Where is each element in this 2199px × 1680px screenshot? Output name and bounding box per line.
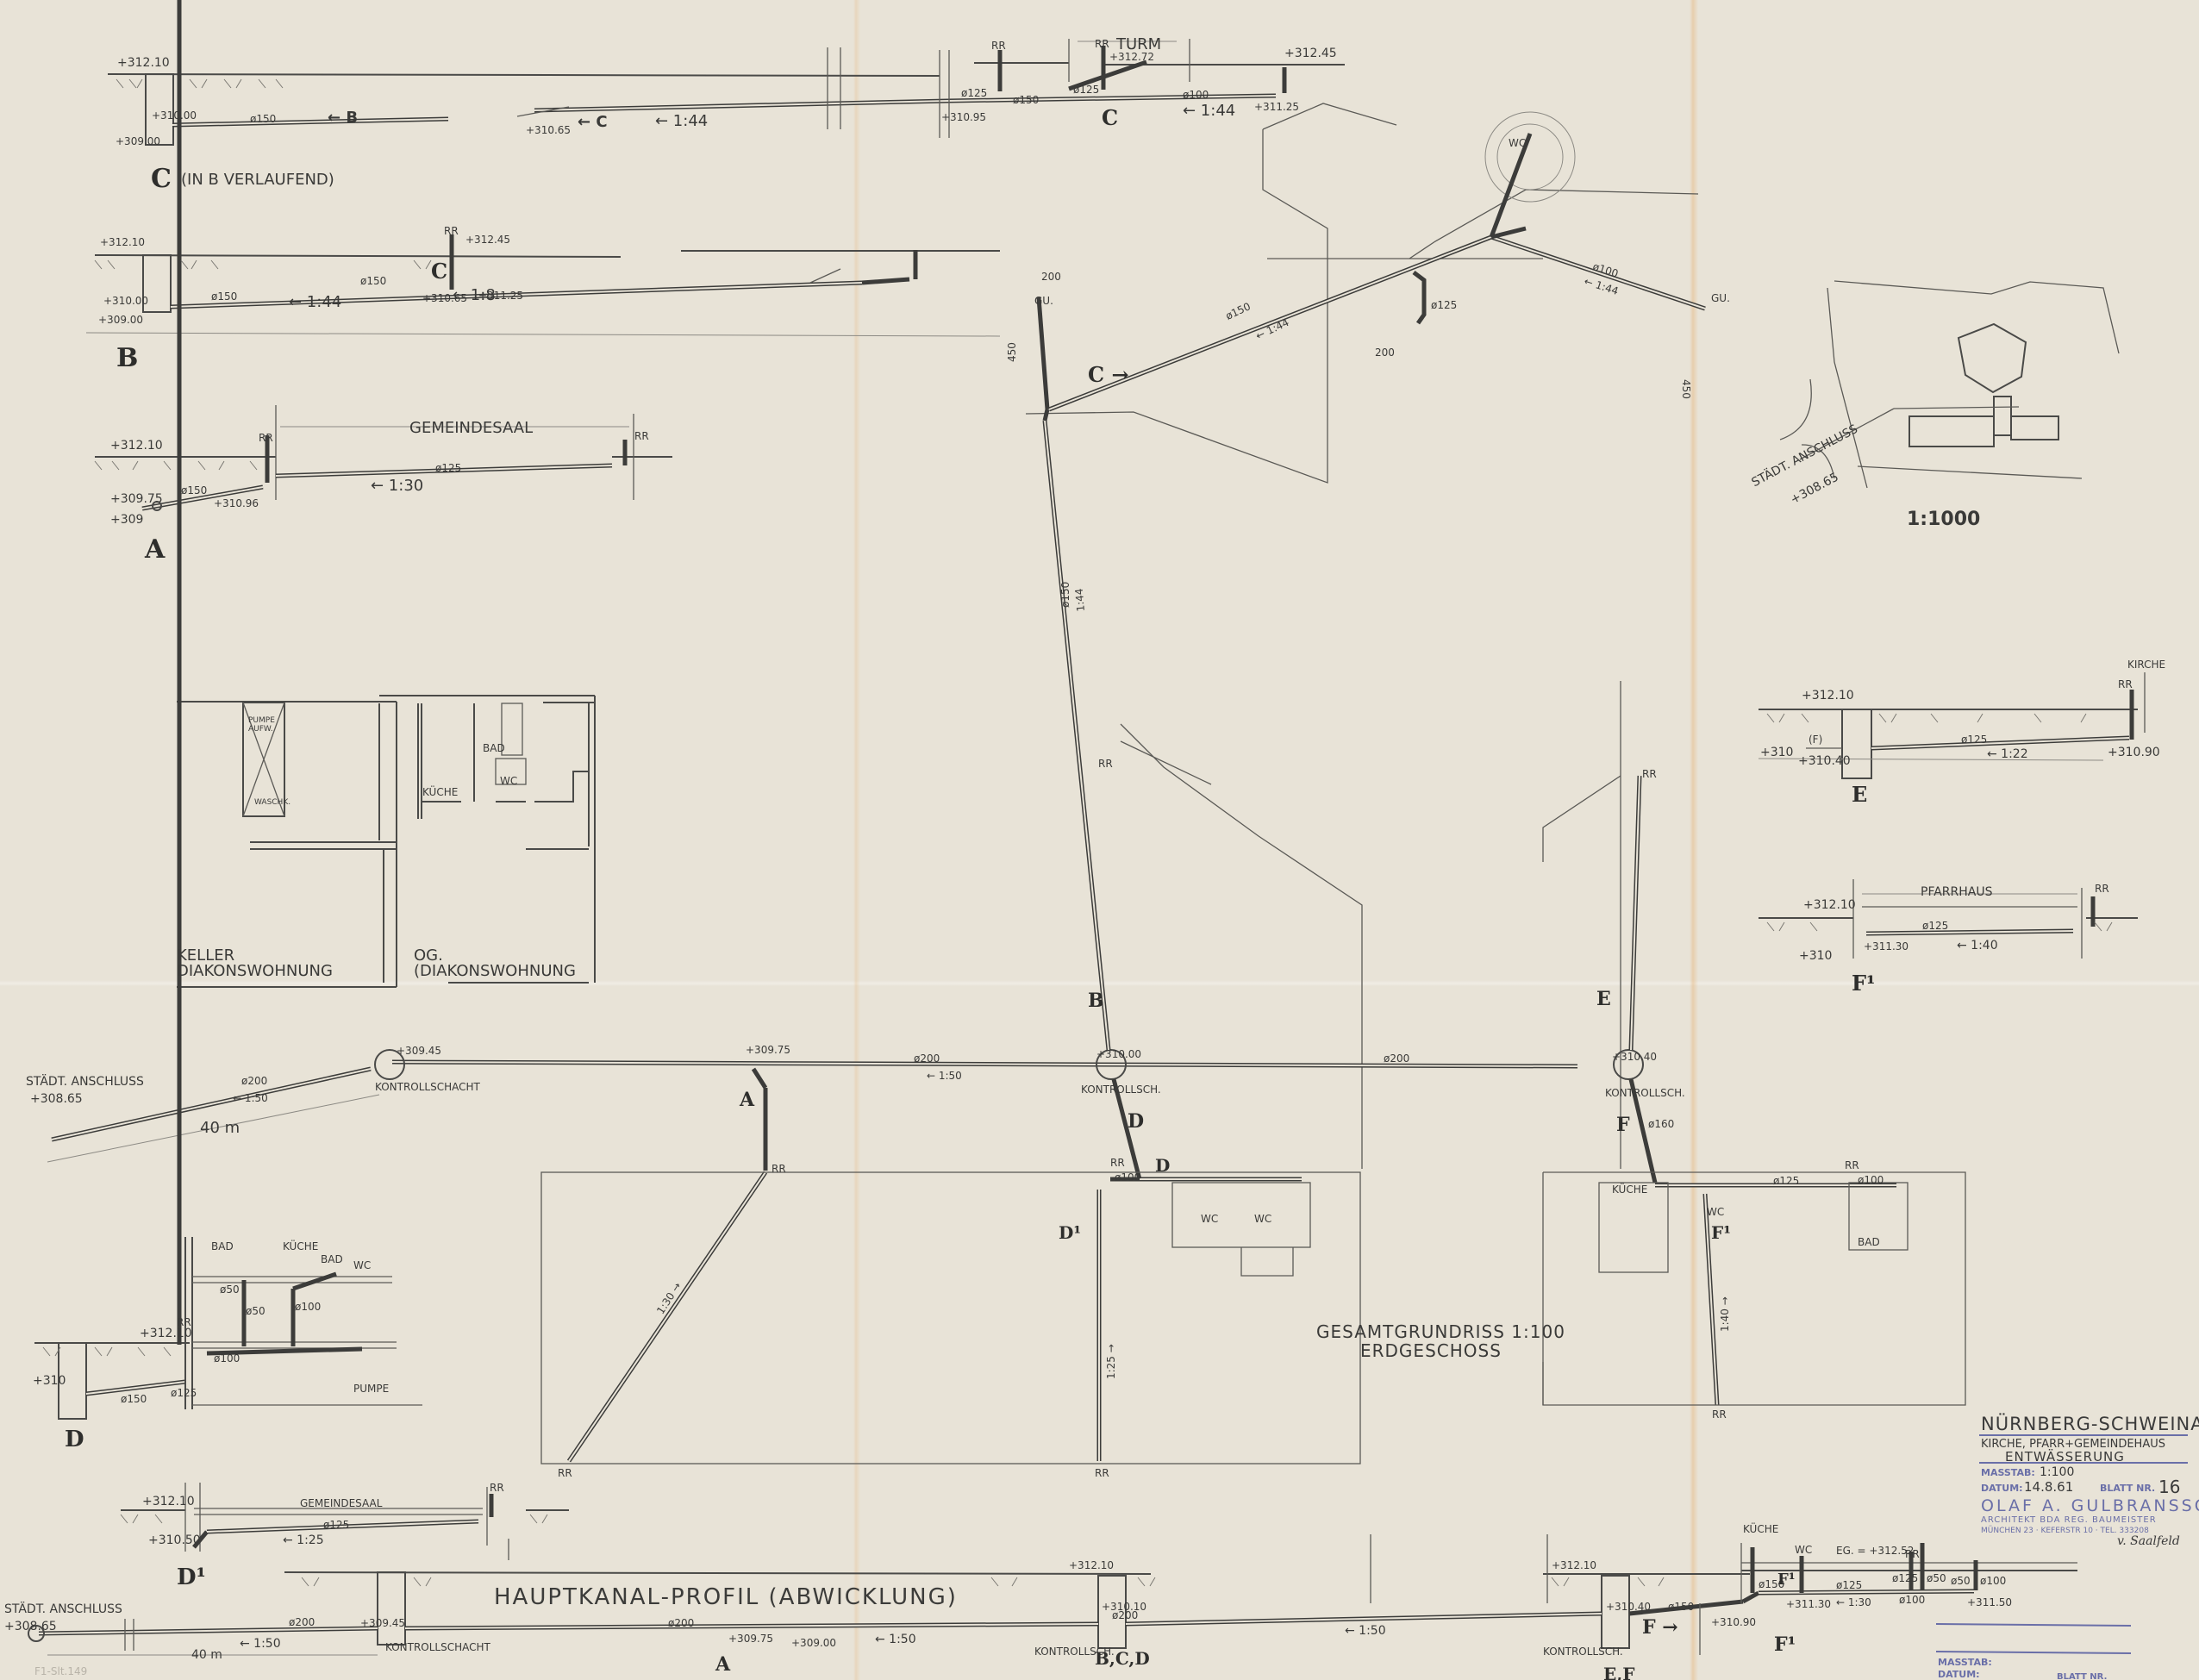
main-profile-end-level: +311.50 bbox=[1967, 1597, 2012, 1608]
section-c-level-31095: +310.95 bbox=[941, 112, 986, 122]
main-profile-wc: WC bbox=[1795, 1545, 1812, 1555]
main-profile-ground-2: +312.10 bbox=[1552, 1560, 1596, 1571]
section-d1-dia: ø125 bbox=[323, 1520, 349, 1530]
title-project: NÜRNBERG-SCHWEINAU bbox=[1981, 1414, 2199, 1434]
blank-scale-label: MASSTAB: bbox=[1938, 1657, 1992, 1668]
section-c-level-31125: +311.25 bbox=[1254, 102, 1299, 112]
section-b-dia-1: ø150 bbox=[211, 291, 237, 302]
section-d-wc: WC bbox=[353, 1260, 371, 1271]
section-c-caption: (IN B VERLAUFEND) bbox=[181, 172, 334, 188]
floor-b-label: B bbox=[1088, 990, 1104, 1012]
section-d-pumpe: PUMPE bbox=[353, 1383, 389, 1394]
floor-shaft3-label: KONTROLLSCH. bbox=[1605, 1088, 1685, 1098]
og-title-2: (DIAKONSWOHNUNG bbox=[414, 964, 576, 979]
section-c-main-dia: ø150 bbox=[1013, 95, 1039, 105]
floor-a-label: A bbox=[740, 1089, 754, 1111]
floor-dia-200-right: ø200 bbox=[1384, 1053, 1409, 1064]
site-plan-lines bbox=[1780, 281, 2119, 488]
section-b-c-inlet: C bbox=[431, 259, 447, 284]
title-scale-label: MASSTAB: bbox=[1981, 1467, 2035, 1478]
main-profile-city-level: +308.65 bbox=[4, 1621, 57, 1633]
main-profile-slope-3: ← 1:50 bbox=[1345, 1625, 1386, 1637]
section-d1-span-label: GEMEINDESAAL bbox=[300, 1498, 382, 1508]
floor-a-level: +309.75 bbox=[746, 1045, 790, 1055]
floor-dia-150-b: ø150 bbox=[1060, 582, 1071, 608]
section-c-inlet-level: +310.00 bbox=[152, 110, 197, 121]
section-d1-rr: RR bbox=[490, 1483, 504, 1493]
title-sheet-label: BLATT NR. bbox=[2100, 1483, 2155, 1494]
main-profile-bcd-label: B,C,D bbox=[1095, 1648, 1150, 1669]
floor-city-connection: STÄDT. ANSCHLUSS bbox=[26, 1076, 144, 1088]
floor-rr-d: RR bbox=[1110, 1158, 1125, 1168]
floor-shaft2-level: +310.00 bbox=[1096, 1049, 1141, 1059]
main-profile-dia-125-b: ø125 bbox=[1892, 1573, 1918, 1583]
section-f1-ground-level: +312.10 bbox=[1803, 899, 1856, 911]
main-profile-level-309: +309.00 bbox=[791, 1638, 836, 1648]
section-c-flow-c: ← C bbox=[578, 115, 608, 130]
main-profile-f1-label: F¹ bbox=[1774, 1633, 1796, 1656]
main-profile-slope-4: ← 1:30 bbox=[1836, 1597, 1871, 1608]
section-c-bottom-level: +309.00 bbox=[116, 136, 160, 147]
floor-bad: BAD bbox=[1858, 1237, 1880, 1247]
section-a-inlet-level: +309.75 bbox=[110, 493, 163, 505]
floor-dia-160: ø160 bbox=[1648, 1119, 1674, 1129]
floor-rr-e: RR bbox=[1642, 769, 1657, 779]
main-profile-shaft3-level: +310.40 bbox=[1606, 1602, 1651, 1612]
title-architect-title: ARCHITEKT BDA REG. BAUMEISTER bbox=[1981, 1515, 2157, 1525]
title-sheet-value: 16 bbox=[2158, 1477, 2180, 1497]
main-profile-slope-1: ← 1:50 bbox=[240, 1638, 281, 1650]
pump-label-2: AUFW. bbox=[248, 726, 273, 734]
title-block: NÜRNBERG-SCHWEINAU KIRCHE, PFARR+GEMEIND… bbox=[1979, 1414, 2199, 1560]
floor-shaft2-label: KONTROLLSCH. bbox=[1081, 1084, 1161, 1095]
floor-rr-b: RR bbox=[1098, 759, 1113, 769]
floor-city-level: +308.65 bbox=[30, 1093, 83, 1105]
title-subject: ENTWÄSSERUNG bbox=[2005, 1449, 2125, 1465]
floor-wc-2: WC bbox=[1254, 1214, 1271, 1224]
main-profile-a-label: A bbox=[715, 1653, 730, 1676]
main-profile-dia-125: ø125 bbox=[1836, 1580, 1862, 1590]
floor-shaft3-level: +310.40 bbox=[1612, 1052, 1657, 1062]
section-c-ground-right: +312.45 bbox=[1284, 47, 1337, 59]
main-profile-dia-150: ø150 bbox=[1668, 1602, 1694, 1612]
main-profile-city-connection: STÄDT. ANSCHLUSS bbox=[4, 1603, 122, 1615]
main-profile-eg-level: EG. = +312.52 bbox=[1836, 1546, 1914, 1556]
main-profile-distance: 40 m bbox=[191, 1649, 222, 1661]
ground-hatching bbox=[43, 79, 2112, 1586]
section-b-label: B bbox=[116, 343, 138, 373]
section-c-rr: RR bbox=[991, 41, 1006, 51]
section-c-tower-level: +312.72 bbox=[1109, 52, 1154, 62]
main-profile-level-31090: +310.90 bbox=[1711, 1617, 1756, 1627]
section-a-slope: ← 1:30 bbox=[371, 478, 423, 494]
section-d-dia-50-b: ø50 bbox=[246, 1306, 266, 1316]
main-profile-lines bbox=[28, 1534, 2077, 1655]
floor-rr-a-bottom: RR bbox=[558, 1468, 572, 1478]
section-f1-start-level: +311.30 bbox=[1864, 941, 1909, 952]
section-d-dia-50-a: ø50 bbox=[220, 1284, 240, 1295]
floor-slope-b: 1:44 bbox=[1074, 588, 1086, 612]
title-date-value: 14.8.61 bbox=[2024, 1479, 2073, 1495]
main-profile-dia-50-b: ø50 bbox=[1951, 1576, 1971, 1586]
drawing-linework bbox=[0, 0, 2199, 1680]
section-a-rr-left: RR bbox=[259, 433, 273, 443]
floor-dim-450-left: 450 bbox=[1007, 342, 1017, 362]
main-profile-shaft3-label: KONTROLLSCH. bbox=[1543, 1646, 1623, 1657]
section-e-level-310: +310 bbox=[1760, 746, 1793, 759]
floor-slope-mid: ← 1:50 bbox=[927, 1071, 962, 1081]
pump-label-1: PUMPE bbox=[248, 717, 275, 725]
section-c-tower-rr: RR bbox=[1095, 39, 1109, 49]
section-d-bad-1: BAD bbox=[211, 1241, 234, 1252]
basement-plan-lines bbox=[177, 696, 595, 987]
floor-plan-title: GESAMTGRUNDRISS 1:100 bbox=[1316, 1323, 1565, 1340]
floor-dia-200-mid: ø200 bbox=[914, 1053, 940, 1064]
section-e-level-31040: +310.40 bbox=[1798, 755, 1851, 767]
section-d-inlet-level: +310 bbox=[33, 1375, 66, 1387]
section-c-slope-2: ← 1:44 bbox=[1183, 103, 1235, 119]
main-profile-dia-200-2: ø200 bbox=[668, 1618, 694, 1628]
title-architect: OLAF A. GULBRANSSON bbox=[1981, 1496, 2199, 1515]
floor-f1-label: F¹ bbox=[1711, 1222, 1731, 1243]
section-d-bad-2: BAD bbox=[321, 1254, 343, 1265]
blank-date-label: DATUM: bbox=[1938, 1669, 1980, 1680]
section-b-ground-right: +312.45 bbox=[465, 234, 510, 245]
section-c-junction-level: +310.65 bbox=[526, 125, 571, 135]
section-a-dia-150: ø150 bbox=[181, 485, 207, 496]
floor-f-label: F bbox=[1616, 1114, 1630, 1136]
waschk-label: WASCHK. bbox=[254, 799, 290, 807]
section-e-dia: ø125 bbox=[1961, 734, 1987, 745]
main-profile-ef-label: E,F bbox=[1603, 1664, 1634, 1680]
section-b-bottom-level: +309.00 bbox=[98, 315, 143, 325]
floor-dim-200-right: 200 bbox=[1375, 347, 1395, 358]
section-e-kirche: KIRCHE bbox=[2127, 659, 2165, 670]
main-profile-dia-200-1: ø200 bbox=[289, 1617, 315, 1627]
floor-distance: 40 m bbox=[200, 1121, 240, 1136]
og-wc-label: WC bbox=[500, 776, 517, 786]
section-c-lines bbox=[108, 39, 1345, 145]
section-c-branch-dia-1: ø125 bbox=[961, 88, 987, 98]
section-a-level-31096: +310.96 bbox=[214, 498, 259, 509]
section-e-ground-level: +312.10 bbox=[1802, 690, 1854, 702]
drawing-sheet: +312.10 +310.00 +309.00 ø150 ← B C (IN B… bbox=[0, 0, 2199, 1680]
section-f1-rr: RR bbox=[2095, 884, 2109, 894]
section-e-rr: RR bbox=[2118, 679, 2133, 690]
main-profile-dia-50: ø50 bbox=[1927, 1573, 1946, 1583]
floor-d-label-2: D bbox=[1155, 1155, 1170, 1176]
floor-dim-200-left: 200 bbox=[1041, 272, 1061, 282]
section-c-ground-level: +312.10 bbox=[117, 57, 170, 69]
section-c-flow-b: ← B bbox=[328, 110, 358, 126]
floor-d1-label: D¹ bbox=[1059, 1222, 1081, 1243]
section-b-slope: ← 1:44 bbox=[289, 295, 341, 310]
section-c-section-letter: C bbox=[1102, 105, 1118, 130]
floor-dia-125-rr: ø125 bbox=[1431, 300, 1457, 310]
main-profile-dia-200-3: ø200 bbox=[1112, 1610, 1138, 1621]
section-b-dia-2: ø150 bbox=[360, 276, 386, 286]
floor-c-label: C → bbox=[1088, 362, 1129, 387]
section-c-slope: ← 1:44 bbox=[655, 114, 708, 129]
section-a-rr-right: RR bbox=[634, 431, 649, 441]
section-a-bottom-level: +309 bbox=[110, 514, 143, 526]
section-f1-span-label: PFARRHAUS bbox=[1921, 886, 1992, 898]
section-a-span-label: GEMEINDESAAL bbox=[409, 421, 533, 436]
section-b-inlet-level: +310.00 bbox=[103, 296, 148, 306]
archive-mark: F1-Slt.149 bbox=[34, 1666, 87, 1677]
section-c-dia-100: ø100 bbox=[1183, 90, 1209, 100]
floor-gu-left: GU. bbox=[1034, 296, 1053, 306]
section-d-dia-150: ø150 bbox=[121, 1394, 147, 1404]
section-f1-dia: ø125 bbox=[1922, 921, 1948, 931]
section-f1-label: F¹ bbox=[1852, 971, 1876, 996]
floor-slope-f1: 1:40 → bbox=[1720, 1296, 1730, 1332]
floor-plan-subtitle: ERDGESCHOSS bbox=[1360, 1342, 1502, 1359]
floor-shaft1-label: KONTROLLSCHACHT bbox=[375, 1082, 480, 1092]
floor-wc-f: WC bbox=[1707, 1207, 1724, 1217]
og-bad-label: BAD bbox=[483, 743, 505, 753]
floor-gu-right: GU. bbox=[1711, 293, 1730, 303]
title-signature: v. Saalfeld bbox=[2117, 1534, 2180, 1548]
section-d-dia-100: ø100 bbox=[295, 1302, 321, 1312]
main-profile-a-level: +309.75 bbox=[728, 1633, 773, 1644]
title-scale-value: 1:100 bbox=[2040, 1465, 2074, 1479]
floor-d-label: D bbox=[1128, 1110, 1144, 1133]
main-profile-f1-inlet: F¹ bbox=[1777, 1571, 1796, 1589]
title-block-blank: MASSTAB: DATUM: BLATT NR. bbox=[1936, 1655, 2134, 1680]
section-c-branch-dia-2: ø125 bbox=[1073, 84, 1099, 95]
floor-rr-a: RR bbox=[772, 1164, 786, 1174]
section-c-label: C bbox=[151, 164, 172, 194]
floor-wc-1: WC bbox=[1201, 1214, 1218, 1224]
main-profile-shaft1-level: +309.45 bbox=[360, 1618, 405, 1628]
section-d-kuche: KÜCHE bbox=[283, 1241, 318, 1252]
section-b-end-level: +311.25 bbox=[478, 290, 523, 301]
section-b-rr: RR bbox=[444, 226, 459, 236]
floor-wc-tower: WC bbox=[1509, 138, 1526, 148]
section-b-ground-level: +312.10 bbox=[100, 237, 145, 247]
section-f1-slope: ← 1:40 bbox=[1957, 940, 1998, 952]
section-d-dia-125: ø125 bbox=[171, 1388, 197, 1398]
section-d-ground-level: +312.10 bbox=[140, 1327, 192, 1340]
floor-rr-d1-bottom: RR bbox=[1095, 1468, 1109, 1478]
main-profile-f-label: F → bbox=[1642, 1616, 1678, 1639]
floor-main-dia: ø200 bbox=[241, 1076, 267, 1086]
section-d-dia-100-b: ø100 bbox=[214, 1353, 240, 1364]
floor-e-label: E bbox=[1596, 988, 1611, 1010]
blank-sheet-label: BLATT NR. bbox=[2057, 1672, 2107, 1680]
section-d1-ground-level: +312.10 bbox=[142, 1496, 195, 1508]
section-a-label: A bbox=[145, 534, 165, 565]
floor-kuche: KÜCHE bbox=[1612, 1184, 1647, 1195]
section-a-dia-125: ø125 bbox=[435, 463, 461, 473]
floor-slope-d1: 1:25 → bbox=[1106, 1344, 1116, 1379]
section-d1-start-level: +310.50 bbox=[148, 1534, 201, 1546]
floor-dia-100-bad: ø100 bbox=[1858, 1175, 1884, 1185]
main-profile-rr: RR bbox=[1905, 1549, 1920, 1559]
section-d-lines bbox=[34, 0, 422, 1419]
section-d-label: D bbox=[65, 1427, 84, 1452]
section-e-label: E bbox=[1852, 782, 1867, 807]
section-d1-slope: ← 1:25 bbox=[283, 1534, 324, 1546]
site-plan-scale: 1:1000 bbox=[1907, 510, 1980, 529]
main-profile-level-31130: +311.30 bbox=[1786, 1599, 1831, 1609]
main-profile-slope-2: ← 1:50 bbox=[875, 1633, 916, 1646]
keller-title-2: DIAKONSWOHNUNG bbox=[177, 964, 333, 979]
main-profile-kuche: KÜCHE bbox=[1743, 1524, 1778, 1534]
title-date-label: DATUM: bbox=[1981, 1483, 2023, 1494]
section-b-lines bbox=[86, 234, 1000, 336]
section-e-end-level: +310.90 bbox=[2108, 746, 2160, 759]
floor-dia-100: ø100 bbox=[1115, 1172, 1140, 1183]
section-d1-label: D¹ bbox=[177, 1564, 206, 1590]
og-kuche-label: KÜCHE bbox=[422, 787, 458, 797]
floor-shaft1-level: +309.45 bbox=[397, 1046, 441, 1056]
main-profile-title: HAUPTKANAL-PROFIL (ABWICKLUNG) bbox=[494, 1586, 958, 1608]
floor-rr-bad: RR bbox=[1845, 1160, 1859, 1171]
main-profile-shaft1-label: KONTROLLSCHACHT bbox=[385, 1642, 490, 1652]
section-a-ground-level: +312.10 bbox=[110, 440, 163, 452]
floor-rr-f1-bottom: RR bbox=[1712, 1409, 1727, 1420]
main-profile-dia-100: ø100 bbox=[1899, 1595, 1925, 1605]
floor-main-slope: ← 1:50 bbox=[233, 1093, 268, 1103]
section-e-slope: ← 1:22 bbox=[1987, 748, 2028, 760]
floor-dim-450-right: 450 bbox=[1681, 379, 1691, 399]
main-profile-ground-1: +312.10 bbox=[1069, 1560, 1114, 1571]
section-c-pipe-dia: ø150 bbox=[250, 114, 276, 124]
main-profile-dia-100-b: ø100 bbox=[1980, 1576, 2006, 1586]
section-e-f-label: (F) bbox=[1809, 734, 1822, 745]
section-f1-level-310: +310 bbox=[1799, 950, 1832, 962]
floor-dia-125: ø125 bbox=[1773, 1176, 1799, 1186]
